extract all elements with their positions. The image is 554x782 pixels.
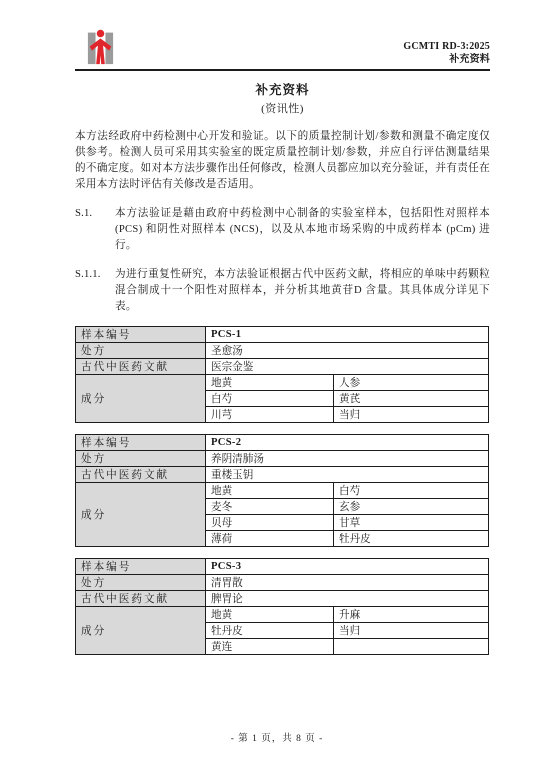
ingredient-cell: 当归	[334, 407, 489, 423]
ingredient-cell: 地黄	[206, 607, 334, 623]
title-block: 补充资料 (资讯性)	[75, 80, 490, 116]
ingredient-cell	[334, 639, 489, 655]
label-cell: 处方	[76, 575, 206, 591]
label-cell: 古代中医药文献	[76, 467, 206, 483]
literature-cell: 医宗金鉴	[206, 359, 489, 375]
header-doc-info: GCMTI RD-3:2025 补充资料	[403, 40, 490, 66]
table-row: 处方 圣愈汤	[76, 343, 489, 359]
label-cell: 处方	[76, 343, 206, 359]
ingredient-cell: 当归	[334, 623, 489, 639]
table-row: 古代中医药文献 医宗金鉴	[76, 359, 489, 375]
prescription-cell: 圣愈汤	[206, 343, 489, 359]
ingredient-cell: 地黄	[206, 375, 334, 391]
sample-no-cell: PCS-3	[206, 559, 489, 575]
table-row: 样本编号 PCS-3	[76, 559, 489, 575]
label-cell: 样本编号	[76, 435, 206, 451]
intro-paragraph: 本方法经政府中药检测中心开发和验证。以下的质量控制计划/参数和测量不确定度仅供参…	[75, 129, 490, 193]
sample-no-cell: PCS-2	[206, 435, 489, 451]
table-row: 成分 地黄 白芍	[76, 483, 489, 499]
prescription-cell: 养阴清肺汤	[206, 451, 489, 467]
table-row: 样本编号 PCS-2	[76, 435, 489, 451]
page-number-footer: - 第 1 页，共 8 页 -	[0, 730, 554, 744]
document-page: GCMTI RD-3:2025 补充资料 补充资料 (资讯性) 本方法经政府中药…	[0, 0, 554, 782]
sample-table-pcs1: 样本编号 PCS-1 处方 圣愈汤 古代中医药文献 医宗金鉴 成分 地黄 人参 …	[75, 326, 489, 423]
label-cell: 处方	[76, 451, 206, 467]
sample-table-pcs2: 样本编号 PCS-2 处方 养阴清肺汤 古代中医药文献 重楼玉钥 成分 地黄 白…	[75, 434, 489, 547]
ingredient-cell: 薄荷	[206, 531, 334, 547]
section-text: 本方法验证是藉由政府中药检测中心制备的实验室样本，包括阳性对照样本 (PCS) …	[115, 206, 490, 254]
ingredient-cell: 升麻	[334, 607, 489, 623]
ingredient-cell: 牡丹皮	[334, 531, 489, 547]
ingredient-cell: 麦冬	[206, 499, 334, 515]
ingredient-cell: 玄参	[334, 499, 489, 515]
ingredient-cell: 甘草	[334, 515, 489, 531]
page-header: GCMTI RD-3:2025 补充资料	[75, 0, 490, 71]
org-logo	[87, 28, 114, 66]
ingredient-cell: 白芍	[206, 391, 334, 407]
section-number: S.1.1.	[75, 267, 115, 315]
ingredient-cell: 牡丹皮	[206, 623, 334, 639]
sample-table-pcs3: 样本编号 PCS-3 处方 清胃散 古代中医药文献 脾胃论 成分 地黄 升麻 牡…	[75, 558, 489, 655]
red-figure-logo-icon	[87, 28, 114, 66]
doc-type: 补充资料	[403, 53, 490, 66]
label-cell: 样本编号	[76, 559, 206, 575]
ingredient-cell: 人参	[334, 375, 489, 391]
section-number: S.1.	[75, 206, 115, 254]
label-cell: 成分	[76, 483, 206, 547]
table-row: 样本编号 PCS-1	[76, 327, 489, 343]
ingredient-cell: 黄芪	[334, 391, 489, 407]
table-row: 成分 地黄 人参	[76, 375, 489, 391]
doc-code: GCMTI RD-3:2025	[403, 40, 490, 53]
literature-cell: 重楼玉钥	[206, 467, 489, 483]
prescription-cell: 清胃散	[206, 575, 489, 591]
ingredient-cell: 白芍	[334, 483, 489, 499]
table-row: 古代中医药文献 脾胃论	[76, 591, 489, 607]
section-text: 为进行重复性研究，本方法验证根据古代中医药文献，将相应的单味中药颗粒混合制成十一…	[115, 267, 490, 315]
label-cell: 古代中医药文献	[76, 591, 206, 607]
table-row: 成分 地黄 升麻	[76, 607, 489, 623]
ingredient-cell: 贝母	[206, 515, 334, 531]
label-cell: 成分	[76, 607, 206, 655]
label-cell: 古代中医药文献	[76, 359, 206, 375]
label-cell: 成分	[76, 375, 206, 423]
table-row: 处方 清胃散	[76, 575, 489, 591]
section-s1-1: S.1.1. 为进行重复性研究，本方法验证根据古代中医药文献，将相应的单味中药颗…	[75, 267, 490, 315]
literature-cell: 脾胃论	[206, 591, 489, 607]
label-cell: 样本编号	[76, 327, 206, 343]
ingredient-cell: 地黄	[206, 483, 334, 499]
ingredient-cell: 川芎	[206, 407, 334, 423]
table-row: 古代中医药文献 重楼玉钥	[76, 467, 489, 483]
page-title: 补充资料	[75, 80, 490, 98]
section-s1: S.1. 本方法验证是藉由政府中药检测中心制备的实验室样本，包括阳性对照样本 (…	[75, 206, 490, 254]
sample-no-cell: PCS-1	[206, 327, 489, 343]
page-subtitle: (资讯性)	[75, 100, 490, 116]
ingredient-cell: 黄连	[206, 639, 334, 655]
table-row: 处方 养阴清肺汤	[76, 451, 489, 467]
